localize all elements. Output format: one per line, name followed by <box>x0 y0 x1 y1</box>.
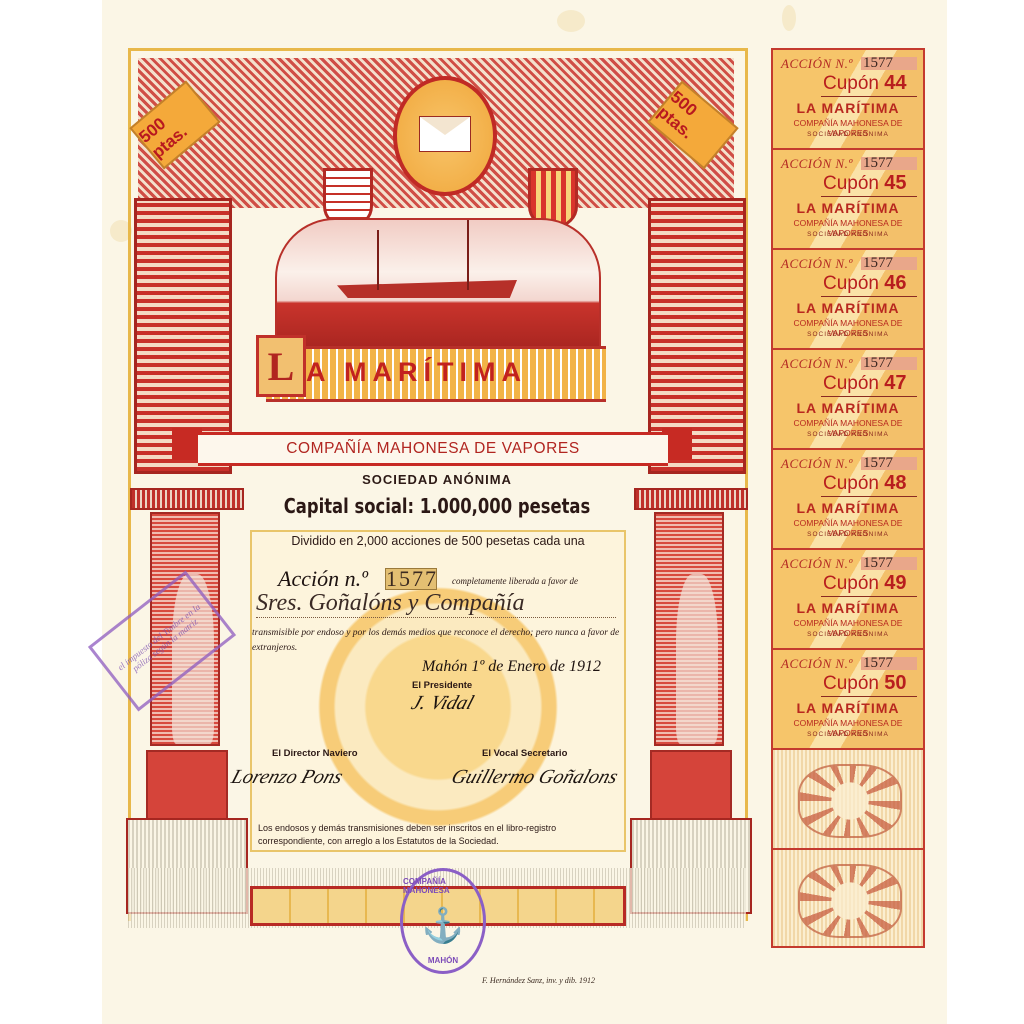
transfer-clause: transmisible por endoso y por los demás … <box>252 626 624 656</box>
coupon-number: 47 <box>884 372 906 394</box>
company-title: A MARÍTIMA <box>306 357 527 388</box>
coupon[interactable]: ACCIÓN N.º 1577 Cupón 48 LA MARÍTIMA COM… <box>773 450 923 550</box>
president-label: El Presidente <box>412 680 472 691</box>
coupon-rule <box>821 696 917 697</box>
coupon-label-text: Cupón <box>823 273 879 294</box>
company-full-name-ribbon: COMPAÑÍA MAHONESA DE VAPORES <box>198 432 668 466</box>
paper-stain <box>557 10 585 32</box>
coupon-company-title: LA MARÍTIMA <box>773 400 923 416</box>
coupon-label: Cupón 44 <box>823 72 907 95</box>
coupon-number: 50 <box>884 672 906 694</box>
coupon[interactable]: ACCIÓN N.º 1577 Cupón 44 LA MARÍTIMA COM… <box>773 50 923 150</box>
coupon-label-text: Cupón <box>823 73 879 94</box>
coupon-company-title: LA MARÍTIMA <box>773 100 923 116</box>
company-title-banner: L A MARÍTIMA <box>266 346 606 402</box>
coupon-company-title: LA MARÍTIMA <box>773 500 923 516</box>
share-certificate: 500 ptas. 500 ptas. L A MARÍTIMA COMPAÑÍ… <box>128 48 746 968</box>
ornament-panel <box>773 850 923 946</box>
crest-medallion <box>393 76 497 196</box>
coupon-accion-number: 1577 <box>861 157 917 170</box>
share-division: Dividido en 2,000 acciones de 500 peseta… <box>252 534 624 548</box>
secretary-signature: Guillermo Goñalons <box>448 766 620 789</box>
pillar-pedestal <box>650 750 732 820</box>
pillar-pedestal <box>146 750 228 820</box>
right-pillar-with-figure <box>646 488 732 908</box>
envelope-icon <box>419 116 471 152</box>
coupon-label-text: Cupón <box>823 673 879 694</box>
ship-mast <box>377 230 379 290</box>
coupon-company-title: LA MARÍTIMA <box>773 600 923 616</box>
coupon-company-type: SOCIEDAD ANÓNIMA <box>773 331 923 338</box>
coupon-label: Cupón 50 <box>823 672 907 695</box>
secretary-label: El Vocal Secretario <box>482 748 567 759</box>
coupon-label-text: Cupón <box>823 173 879 194</box>
seal-text-top: COMPAÑÍA MAHONESA <box>403 877 483 895</box>
director-signature: Lorenzo Pons <box>228 766 345 789</box>
illuminated-initial: L <box>256 335 306 397</box>
coupon-label-text: Cupón <box>823 473 879 494</box>
coupon-accion-label: ACCIÓN N.º <box>781 456 853 472</box>
coupon-rule <box>821 496 917 497</box>
coupon-number: 46 <box>884 272 906 294</box>
mercury-figure-icon <box>676 574 718 744</box>
certificate-body: Dividido en 2,000 acciones de 500 peseta… <box>250 530 626 852</box>
coupon-number: 45 <box>884 172 906 194</box>
pillar-capital <box>634 488 748 510</box>
president-signature: J. Vidal <box>408 692 476 715</box>
pillar-shaft <box>654 512 724 746</box>
coupon-accion-label: ACCIÓN N.º <box>781 656 853 672</box>
coupon-rule <box>821 596 917 597</box>
coupon-rule <box>821 96 917 97</box>
engraver-credit: F. Hernández Sanz, inv. y dib. 1912 <box>482 976 595 985</box>
ornament-panel <box>773 750 923 850</box>
share-number: 1577 <box>385 568 437 590</box>
endorsement-footnote: Los endosos y demás transmisiones deben … <box>258 822 620 848</box>
coupon-accion-number: 1577 <box>861 257 917 270</box>
capital-statement: Capital social: 1.000,000 pesetas <box>184 494 691 518</box>
coupon-accion-number: 1577 <box>861 457 917 470</box>
coupon-label: Cupón 47 <box>823 372 907 395</box>
coupon-company-type: SOCIEDAD ANÓNIMA <box>773 131 923 138</box>
coupon-company-type: SOCIEDAD ANÓNIMA <box>773 631 923 638</box>
share-status: completamente liberada a favor de <box>452 576 578 586</box>
coupon-company-type: SOCIEDAD ANÓNIMA <box>773 531 923 538</box>
coupon-rule <box>821 196 917 197</box>
coupon-number: 44 <box>884 72 906 94</box>
coupon-number: 48 <box>884 472 906 494</box>
coupon-rule <box>821 296 917 297</box>
coupon-company-title: LA MARÍTIMA <box>773 200 923 216</box>
coupon-accion-number: 1577 <box>861 57 917 70</box>
coupon-label: Cupón 48 <box>823 472 907 495</box>
share-label: Acción n.º <box>278 566 368 592</box>
anchor-icon: ⚓ <box>422 909 464 943</box>
coupon-number: 49 <box>884 572 906 594</box>
director-label: El Director Naviero <box>272 748 358 759</box>
coupon[interactable]: ACCIÓN N.º 1577 Cupón 50 LA MARÍTIMA COM… <box>773 650 923 750</box>
coupon-label-text: Cupón <box>823 373 879 394</box>
ship-icon <box>337 280 517 298</box>
seal-text-bottom: MAHÓN <box>428 956 458 965</box>
coupon-company-type: SOCIEDAD ANÓNIMA <box>773 431 923 438</box>
coupon-label: Cupón 45 <box>823 172 907 195</box>
ship-mast <box>467 220 469 290</box>
paper-stain <box>782 5 796 31</box>
coupon-accion-number: 1577 <box>861 357 917 370</box>
company-type: SOCIEDAD ANÓNIMA <box>128 472 746 487</box>
holder-name: Sres. Goñalóns y Compañía <box>256 590 616 618</box>
coupon-label-text: Cupón <box>823 573 879 594</box>
place-date: Mahón 1º de Enero de 1912 <box>422 658 601 676</box>
steamship-illustration <box>275 218 601 352</box>
coupon[interactable]: ACCIÓN N.º 1577 Cupón 47 LA MARÍTIMA COM… <box>773 350 923 450</box>
art-nouveau-ornament-icon <box>798 764 902 838</box>
coupon-sheet: ACCIÓN N.º 1577 Cupón 44 LA MARÍTIMA COM… <box>771 48 925 948</box>
coupon-accion-label: ACCIÓN N.º <box>781 356 853 372</box>
coupon-company-type: SOCIEDAD ANÓNIMA <box>773 231 923 238</box>
art-nouveau-ornament-icon <box>798 864 902 938</box>
coupon-accion-number: 1577 <box>861 657 917 670</box>
coupon[interactable]: ACCIÓN N.º 1577 Cupón 45 LA MARÍTIMA COM… <box>773 150 923 250</box>
pillar-capital <box>130 488 244 510</box>
coupon-label: Cupón 49 <box>823 572 907 595</box>
coupon-company-type: SOCIEDAD ANÓNIMA <box>773 731 923 738</box>
coupon[interactable]: ACCIÓN N.º 1577 Cupón 46 LA MARÍTIMA COM… <box>773 250 923 350</box>
coupon-company-title: LA MARÍTIMA <box>773 300 923 316</box>
coupon-accion-number: 1577 <box>861 557 917 570</box>
coupon-company-title: LA MARÍTIMA <box>773 700 923 716</box>
coupon[interactable]: ACCIÓN N.º 1577 Cupón 49 LA MARÍTIMA COM… <box>773 550 923 650</box>
coupon-accion-label: ACCIÓN N.º <box>781 256 853 272</box>
coupon-label: Cupón 46 <box>823 272 907 295</box>
coupon-accion-label: ACCIÓN N.º <box>781 556 853 572</box>
coupon-accion-label: ACCIÓN N.º <box>781 156 853 172</box>
company-seal: COMPAÑÍA MAHONESA ⚓ MAHÓN <box>400 868 486 974</box>
coupon-accion-label: ACCIÓN N.º <box>781 56 853 72</box>
coupon-rule <box>821 396 917 397</box>
